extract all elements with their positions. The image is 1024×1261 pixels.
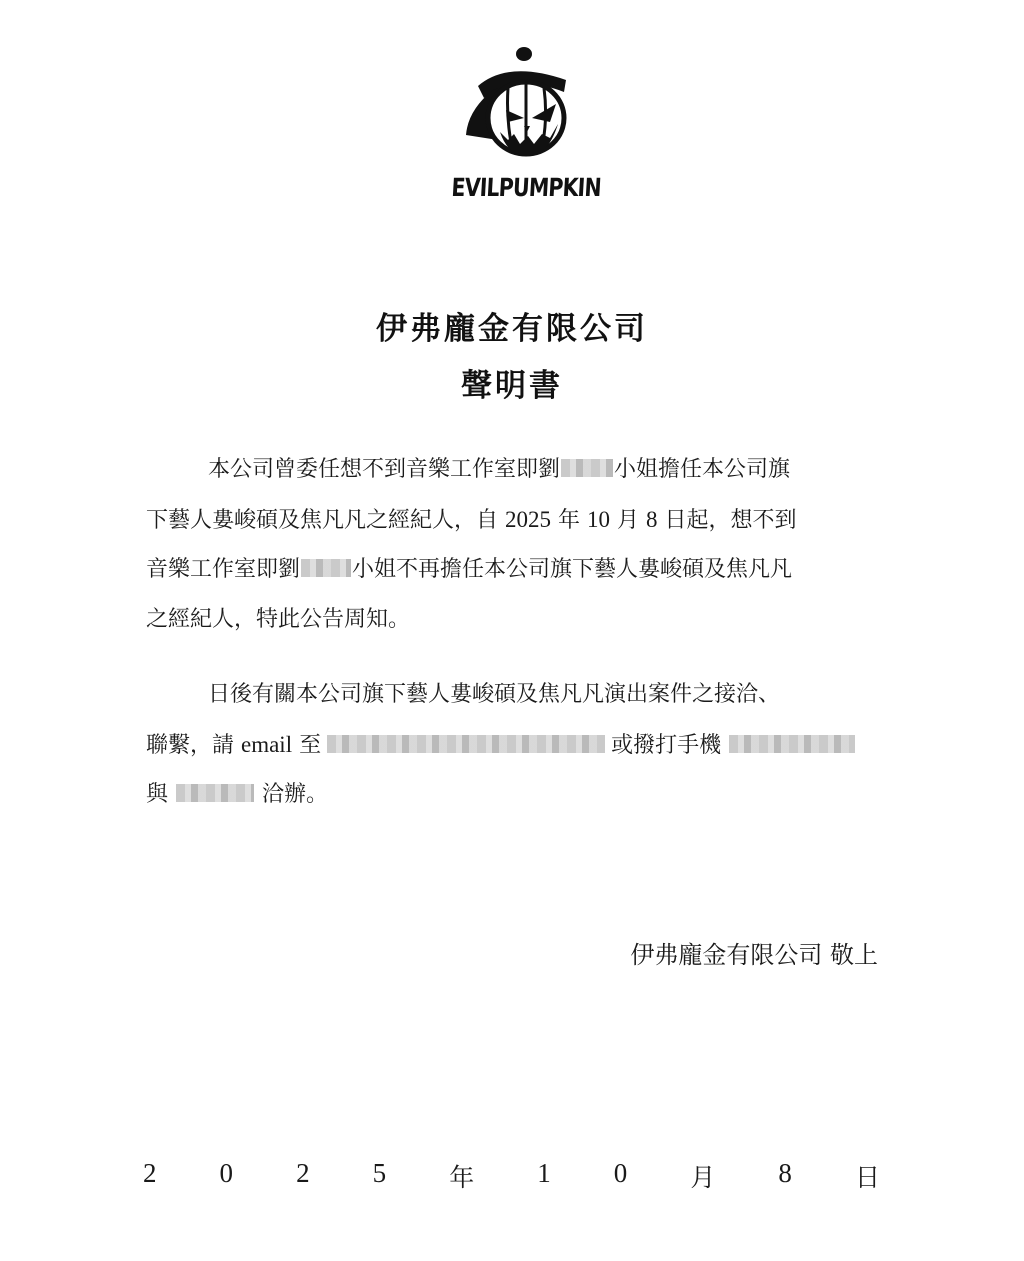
date-char: 月	[690, 1158, 715, 1194]
text-segment: 年	[551, 508, 587, 533]
year-value: 2025	[505, 507, 551, 532]
evil-pumpkin-with-cap-icon	[438, 40, 588, 170]
paragraph1-line2: 下藝人婁峻碩及焦凡凡之經紀人，自 2025 年 10 月 8 日起，想不到	[146, 495, 886, 545]
paragraph1-line1: 本公司曾委任想不到音樂工作室即劉小姐擔任本公司旗	[146, 445, 886, 495]
redacted-name	[301, 559, 351, 577]
text-segment: 小姐不再擔任本公司旗下藝人婁峻碩及焦凡凡	[352, 557, 792, 582]
signature-closing: 敬上	[830, 941, 878, 969]
paragraph1-line3: 音樂工作室即劉小姐不再擔任本公司旗下藝人婁峻碩及焦凡凡	[146, 545, 886, 595]
date-char: 1	[537, 1158, 551, 1194]
text-segment: 洽辦。	[262, 782, 328, 807]
text-segment: 月	[610, 508, 646, 533]
paragraph2-line1: 日後有關本公司旗下藝人婁峻碩及焦凡凡演出案件之接洽、	[146, 670, 886, 720]
text-segment: 小姐擔任本公司旗	[614, 457, 790, 482]
text-segment: 日起，想不到	[658, 508, 797, 533]
paragraph-contact-info: 日後有關本公司旗下藝人婁峻碩及焦凡凡演出案件之接洽、 聯繫，請 email 至或…	[146, 670, 886, 820]
logo-wordmark: EVILPUMPKIN	[451, 173, 576, 202]
text-segment: 下藝人婁峻碩及焦凡凡之經紀人，自	[146, 508, 505, 533]
paragraph2-line2: 聯繫，請 email 至或撥打手機	[146, 720, 886, 770]
date-char: 0	[614, 1158, 628, 1194]
month-value: 10	[587, 507, 610, 532]
date-char: 2	[143, 1158, 157, 1194]
text-segment: 至	[292, 733, 321, 758]
redacted-contact	[176, 784, 254, 802]
redacted-name	[561, 459, 613, 477]
day-value: 8	[646, 507, 658, 532]
date-char: 5	[373, 1158, 387, 1194]
text-segment: 與	[146, 782, 168, 807]
evilpumpkin-logo: EVILPUMPKIN	[438, 40, 588, 225]
company-name-heading: 伊弗龐金有限公司	[0, 303, 1024, 348]
date-char: 8	[778, 1158, 792, 1194]
text-segment: 聯繫，請	[146, 733, 241, 758]
document-title: 聲明書	[0, 360, 1024, 405]
date-char: 0	[220, 1158, 234, 1194]
document-date: 2 0 2 5 年 1 0 月 8 日	[143, 1158, 880, 1194]
paragraph1-line4: 之經紀人，特此公告周知。	[146, 595, 886, 645]
redacted-email	[327, 735, 605, 753]
text-segment: 或撥打手機	[611, 733, 721, 758]
signature-block: 伊弗龐金有限公司 敬上	[630, 935, 878, 970]
redacted-phone	[729, 735, 855, 753]
paragraph-termination-notice: 本公司曾委任想不到音樂工作室即劉小姐擔任本公司旗 下藝人婁峻碩及焦凡凡之經紀人，…	[146, 445, 886, 645]
date-char: 年	[449, 1158, 474, 1194]
date-char: 日	[855, 1158, 880, 1194]
paragraph2-line3: 與洽辦。	[146, 770, 886, 820]
text-segment: 本公司曾委任想不到音樂工作室即劉	[208, 457, 560, 482]
signature-company: 伊弗龐金有限公司	[630, 941, 822, 969]
email-label: email	[241, 732, 292, 757]
date-char: 2	[296, 1158, 310, 1194]
text-segment: 音樂工作室即劉	[146, 557, 300, 582]
